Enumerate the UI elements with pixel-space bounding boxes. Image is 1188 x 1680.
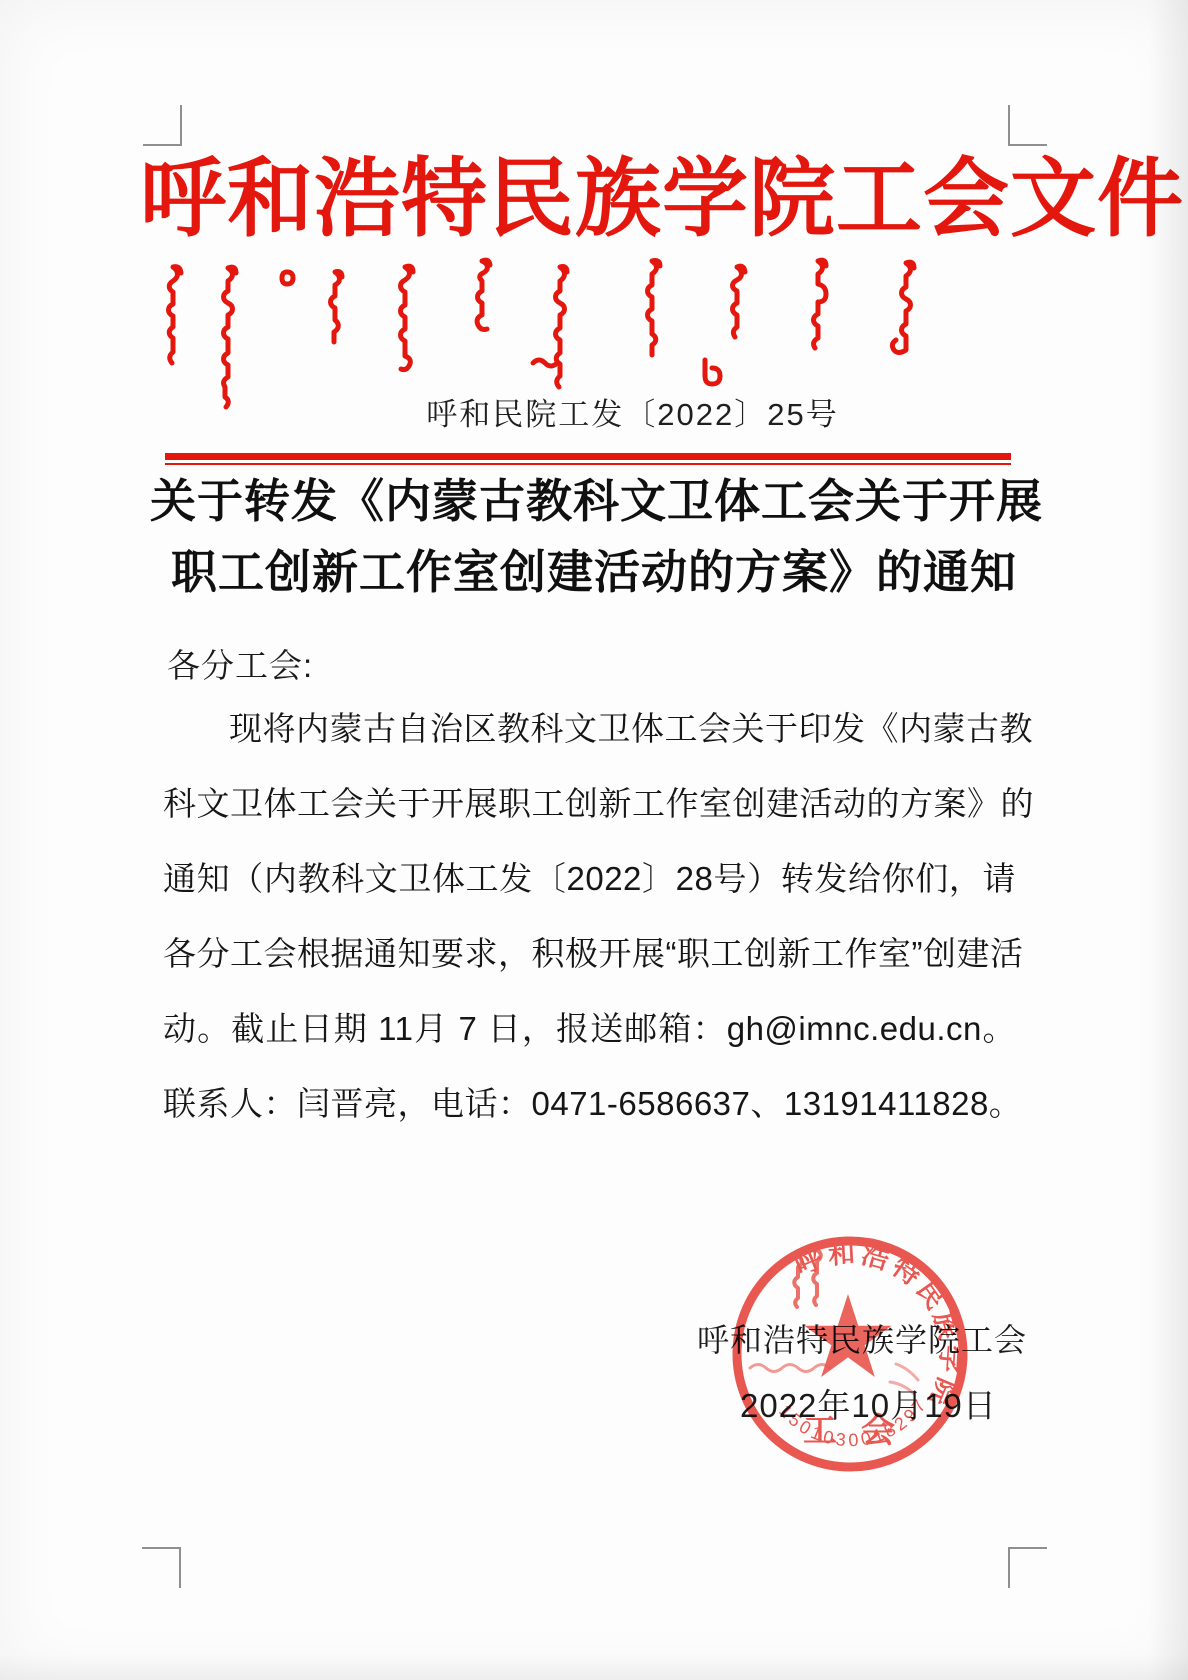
seal-inner-squiggle — [750, 1365, 830, 1372]
document-title-line-2: 职工创新工作室创建活动的方案》的通知 — [150, 549, 1038, 595]
official-seal: 呼和浩特民族学院 1501030018297 工会 — [720, 1224, 980, 1484]
seal-inner-squiggle — [890, 1364, 918, 1394]
mongolian-word — [331, 272, 343, 342]
salutation: 各分工会: — [167, 640, 313, 687]
body-line: 通知（内教科文卫体工发〔2022〕28号）转发给你们，请 — [163, 861, 1016, 936]
seal-center-text: 工会 — [803, 1412, 919, 1450]
body-line: 现将内蒙古自治区教科文卫体工会关于印发《内蒙古教 — [163, 711, 1016, 786]
mongolian-word — [733, 266, 746, 337]
crop-mark-bottom-left-icon — [142, 1547, 181, 1588]
document-title-line-1: 关于转发《内蒙古教科文卫体工会关于开展 — [150, 478, 1038, 524]
red-divider-thick-line — [165, 453, 1011, 460]
red-divider-rule — [165, 453, 1011, 465]
document-page: 呼和浩特民族学院工会文件 呼和民院工发〔2022〕25号 关于转发《内蒙古教科文… — [0, 0, 1188, 1680]
document-title: 关于转发《内蒙古教科文卫体工会关于开展 职工创新工作室创建活动的方案》的通知 — [150, 478, 1038, 595]
mongolian-mark — [705, 360, 720, 384]
mongolian-word — [401, 266, 414, 369]
mongolian-word — [224, 267, 237, 407]
red-header-banner: 呼和浩特民族学院工会文件 — [140, 150, 1048, 249]
mongolian-word — [892, 262, 914, 352]
body-line: 动。截止日期 11月 7 日，报送邮箱：gh@imnc.edu.cn。 — [163, 1011, 1016, 1086]
body-line: 科文卫体工会关于开展职工创新工作室创建活动的方案》的 — [163, 786, 1016, 861]
mongolian-word — [169, 267, 182, 363]
mongolian-dot — [282, 272, 293, 284]
crop-mark-top-right-icon — [1008, 105, 1047, 146]
crop-mark-bottom-right-icon — [1008, 1547, 1047, 1588]
document-number: 呼和民院工发〔2022〕25号 — [209, 389, 1056, 434]
mongolian-mark — [533, 360, 557, 366]
red-divider-thin-line — [165, 463, 1011, 466]
body-line: 联系人：闫晋亮，电话：0471-6586637、13191411828。 — [163, 1086, 1016, 1161]
body-line: 各分工会根据通知要求，积极开展“职工创新工作室”创建活 — [163, 936, 1016, 1011]
mongolian-word — [814, 260, 827, 348]
crop-mark-top-left-icon — [143, 105, 182, 146]
body-paragraph: 现将内蒙古自治区教科文卫体工会关于印发《内蒙古教 科文卫体工会关于开展职工创新工… — [163, 711, 1016, 1161]
mongolian-word — [648, 261, 661, 355]
mongolian-word — [556, 267, 568, 387]
mongolian-word — [477, 260, 490, 329]
